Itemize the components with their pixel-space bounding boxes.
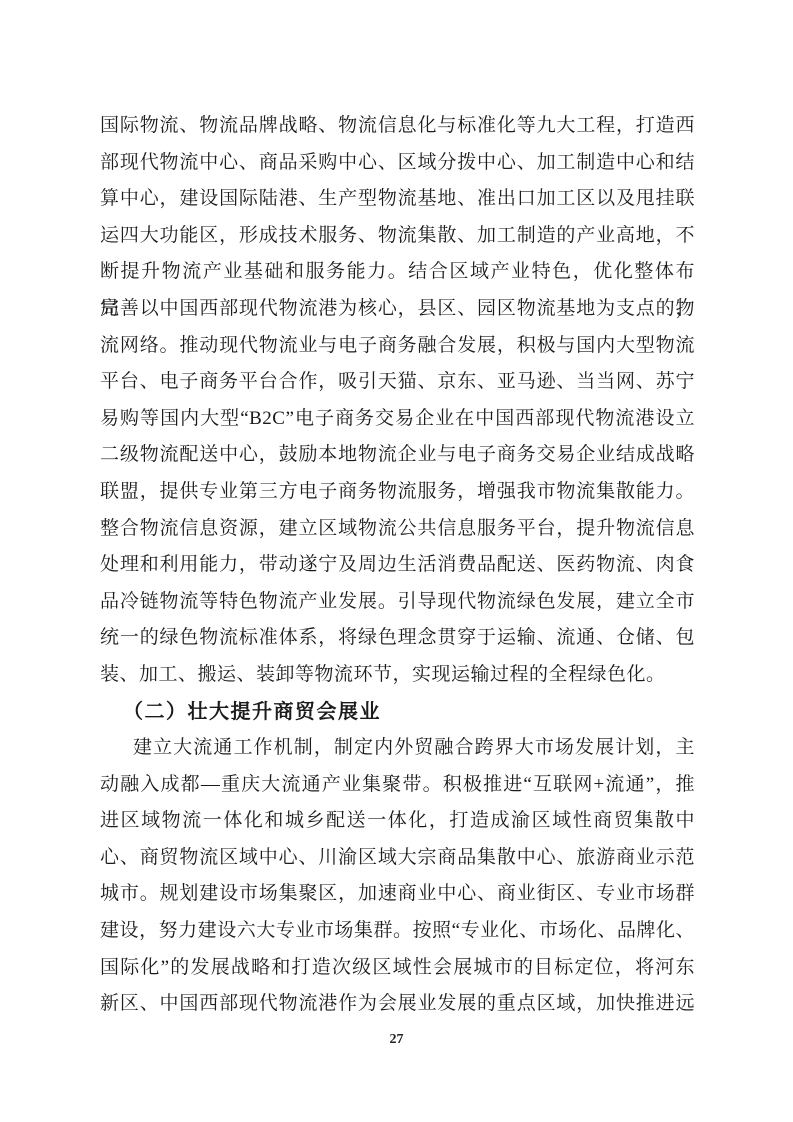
text-line: 运四大功能区，形成技术服务、物流集散、加工制造的产业高地，不: [100, 218, 695, 255]
text-line: 国际物流、物流品牌战略、物流信息化与标准化等九大工程，打造西: [100, 108, 695, 145]
text-block: 国际物流、物流品牌战略、物流信息化与标准化等九大工程，打造西 部现代物流中心、商…: [100, 108, 695, 1023]
document-page: 国际物流、物流品牌战略、物流信息化与标准化等九大工程，打造西 部现代物流中心、商…: [0, 0, 793, 1122]
text-line: 易购等国内大型“B2C”电子商务交易企业在中国西部现代物流港设立: [100, 401, 695, 438]
text-line: 建设，努力建设六大专业市场集群。按照“专业化、市场化、品牌化、: [100, 913, 695, 950]
text-line: 城市。规划建设市场集聚区，加速商业中心、商业街区、专业市场群: [100, 876, 695, 913]
text-line: 统一的绿色物流标准体系，将绿色理念贯穿于运输、流通、仓储、包: [100, 620, 695, 657]
text-line: 建立大流通工作机制，制定内外贸融合跨界大市场发展计划，主: [100, 730, 695, 767]
text-line: 动融入成都—重庆大流通产业集聚带。积极推进“互联网+流通”，推: [100, 767, 695, 804]
text-line: 新区、中国西部现代物流港作为会展业发展的重点区域，加快推进远: [100, 986, 695, 1023]
text-line: 平台、电子商务平台合作，吸引天猫、京东、亚马逊、当当网、苏宁: [100, 364, 695, 401]
text-line: 处理和利用能力，带动遂宁及周边生活消费品配送、医药物流、肉食: [100, 547, 695, 584]
page-number: 27: [0, 1032, 793, 1048]
text-line: 联盟，提供专业第三方电子商务物流服务，增强我市物流集散能力。: [100, 474, 695, 511]
text-line: 整合物流信息资源，建立区域物流公共信息服务平台，提升物流信息: [100, 511, 695, 548]
text-line: 二级物流配送中心，鼓励本地物流企业与电子商务交易企业结成战略: [100, 437, 695, 474]
text-line: 品冷链物流等特色物流产业发展。引导现代物流绿色发展，建立全市: [100, 584, 695, 621]
section-heading: （二）壮大提升商贸会展业: [100, 694, 695, 731]
text-line: 算中心，建设国际陆港、生产型物流基地、准出口加工区以及甩挂联: [100, 181, 695, 218]
text-line: 部现代物流中心、商品采购中心、区域分拨中心、加工制造中心和结: [100, 145, 695, 182]
text-line: 装、加工、搬运、装卸等物流环节，实现运输过程的全程绿色化。: [100, 657, 695, 694]
text-line: 国际化”的发展战略和打造次级区域性会展城市的目标定位，将河东: [100, 950, 695, 987]
text-line: 心、商贸物流区域中心、川渝区域大宗商品集散中心、旅游商业示范: [100, 840, 695, 877]
text-line: 断提升物流产业基础和服务能力。结合区域产业特色，优化整体布局，: [100, 254, 695, 291]
text-line: 进区域物流一体化和城乡配送一体化，打造成渝区域性商贸集散中: [100, 803, 695, 840]
text-line: 完善以中国西部现代物流港为核心，县区、园区物流基地为支点的物: [100, 291, 695, 328]
text-line: 流网络。推动现代物流业与电子商务融合发展，积极与国内大型物流: [100, 328, 695, 365]
